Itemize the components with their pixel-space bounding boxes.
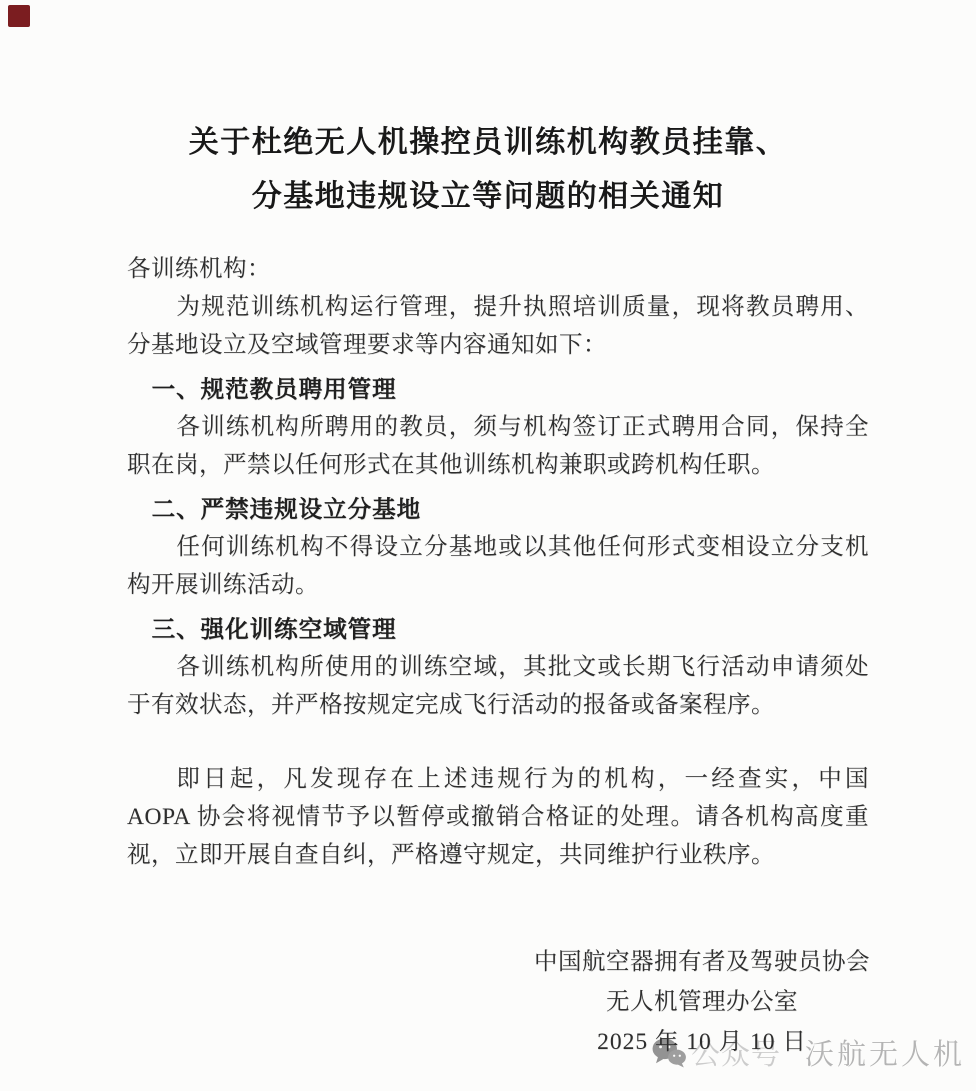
document-title: 关于杜绝无人机操控员训练机构教员挂靠、 分基地违规设立等问题的相关通知 [0, 116, 976, 224]
section-2-body: 任何训练机构不得设立分基地或以其他任何形式变相设立分支机构开展训练活动。 [127, 528, 869, 604]
document-title-line-2: 分基地违规设立等问题的相关通知 [0, 170, 976, 224]
signature-date: 2025 年 10 月 10 日 [490, 1022, 914, 1062]
document-body: 各训练机构： 为规范训练机构运行管理，提升执照培训质量，现将教员聘用、分基地设立… [127, 250, 869, 874]
section-1-heading: 一、规范教员聘用管理 [127, 370, 869, 408]
intro-paragraph: 为规范训练机构运行管理，提升执照培训质量，现将教员聘用、分基地设立及空域管理要求… [127, 288, 869, 364]
section-1-body: 各训练机构所聘用的教员，须与机构签订正式聘用合同，保持全职在岗，严禁以任何形式在… [127, 408, 869, 484]
section-2-heading: 二、严禁违规设立分基地 [127, 490, 869, 528]
closing-paragraph: 即日起，凡发现存在上述违规行为的机构，一经查实，中国 AOPA 协会将视情节予以… [127, 760, 869, 874]
signature-organization: 中国航空器拥有者及驾驶员协会 [490, 942, 914, 982]
signature-block: 中国航空器拥有者及驾驶员协会 无人机管理办公室 2025 年 10 月 10 日 [490, 942, 914, 1062]
document-title-line-1: 关于杜绝无人机操控员训练机构教员挂靠、 [0, 116, 976, 170]
document-page: 关于杜绝无人机操控员训练机构教员挂靠、 分基地违规设立等问题的相关通知 各训练机… [0, 0, 976, 1091]
corner-red-square [8, 5, 30, 27]
section-3-heading: 三、强化训练空域管理 [127, 610, 869, 648]
salutation: 各训练机构： [127, 250, 869, 288]
signature-office: 无人机管理办公室 [490, 982, 914, 1022]
section-3-body: 各训练机构所使用的训练空域，其批文或长期飞行活动申请须处于有效状态，并严格按规定… [127, 648, 869, 724]
